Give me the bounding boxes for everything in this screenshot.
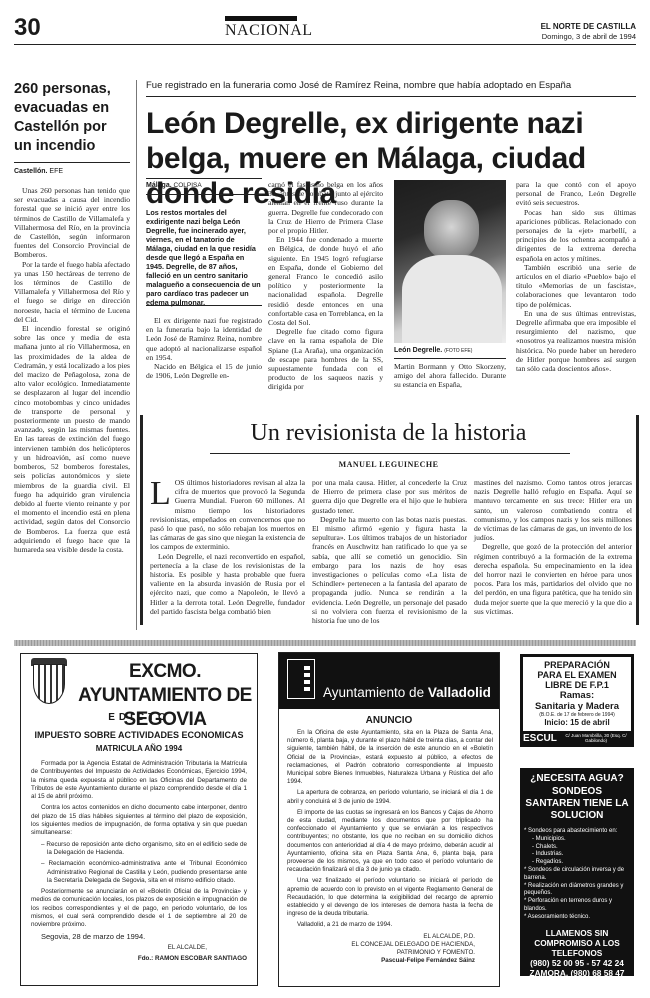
valladolid-paragraph: En la Oficina de este Ayuntamiento, sita… (287, 729, 493, 786)
header-rule (14, 44, 636, 45)
segovia-subject: IMPUESTO SOBRE ACTIVIDADES ECONOMICAS (21, 730, 257, 740)
article-paragraph: El ex dirigente nazi fue registrado en l… (146, 316, 262, 362)
ad-sondeos-santaren: ¿NECESITA AGUA? SONDEOS SANTAREN TIENE L… (520, 768, 634, 976)
valladolid-name-prefix: Ayuntamiento de (323, 685, 428, 700)
drop-cap: L (150, 479, 171, 509)
column-divider (136, 80, 137, 630)
segovia-list-item: – Recurso de reposición ante dicho organ… (31, 841, 247, 858)
photo-shirt (402, 255, 502, 343)
article-column-3: Martin Bormann y Otto Skorzeny, amigo de… (394, 362, 506, 390)
opinion-paragraph: Degrelle ha muerto con las botas nazis p… (312, 515, 467, 625)
article-kicker: Fue registrado en la funeraria como José… (146, 80, 636, 91)
opinion-paragraph: OS últimos historiadores revisan al alza… (150, 478, 305, 552)
section-name: NACIONAL (225, 22, 313, 40)
valladolid-paragraph: El importe de las cuotas se ingresará en… (287, 809, 493, 875)
escul-content: PREPARACIÓN PARA EL EXAMEN LIBRE DE F.P.… (523, 657, 631, 731)
segovia-list-item: – Reclamación económico-administrativa a… (31, 860, 247, 885)
agua-item: - Chalets. (524, 844, 630, 852)
escul-start: Inicio: 15 de abril (523, 718, 631, 727)
brief-paragraph: Unas 260 personas han tenido que ser eva… (14, 186, 130, 260)
agua-call-to-action: LLAMENOS SIN COMPROMISO A LOS TELEFONOS … (524, 928, 630, 988)
valladolid-role: EL CONCEJAL DELEGADO DE HACIENDA, (287, 941, 493, 949)
agua-cta-text: LLAMENOS SIN COMPROMISO A LOS TELEFONOS (524, 928, 630, 958)
ads-separator (14, 640, 636, 646)
segovia-edicto: EDICTO (21, 712, 257, 723)
article-paragraph: Martin Bormann y Otto Skorzeny, amigo de… (394, 362, 506, 390)
escul-footer: ESCUL C/ Juan Mambrilla, 30 (Esq. C/ Gab… (523, 731, 631, 745)
lead-rule (146, 305, 262, 306)
brief-paragraph: El incendio forestal se originó sobre la… (14, 324, 130, 554)
valladolid-signature: Pascual-Felipe Fernández Sáinz (287, 957, 493, 965)
agua-fax: FAX: (980) 57 01 04 (524, 978, 630, 988)
article-dateline: Málaga. COLPISA (146, 182, 202, 189)
escul-line: Sanitaria y Madera (523, 701, 631, 712)
opinion-paragraph: mastines del nazismo. Como tantos otros … (474, 478, 632, 542)
escul-line: LIBRE DE F.P.1 (523, 680, 631, 690)
caption-rule (394, 358, 506, 359)
opinion-title-rule (210, 453, 570, 454)
article-paragraph: Degrelle fue citado como figura clave en… (268, 327, 383, 391)
dateline-rule (146, 194, 262, 195)
section-tab-bar (225, 16, 297, 21)
segovia-paragraph: Formada por la Agencia Estatal de Admini… (31, 760, 247, 801)
escul-brand: ESCUL (523, 733, 557, 744)
valladolid-name: Ayuntamiento de Valladolid (323, 685, 491, 700)
article-paragraph: carnó el fascismo belga en los años 30, … (268, 180, 383, 235)
photo-face (424, 200, 479, 260)
opinion-column-2: por una mala causa. Hitler, al concederl… (312, 478, 467, 625)
kicker-rule (146, 96, 636, 97)
brief-body: Unas 260 personas han tenido que ser eva… (14, 186, 130, 554)
opinion-paragraph: Degrelle, que gozó de la protección del … (474, 542, 632, 616)
issue-date: Domingo, 3 de abril de 1994 (542, 32, 636, 41)
dateline-place: Castellón. (14, 168, 47, 175)
segovia-paragraph: Posteriormente se anunciarán en el «Bole… (31, 888, 247, 929)
article-paragraph: En 1944 fue condenado a muerte en Bélgic… (268, 235, 383, 327)
coat-of-arms-icon (33, 664, 65, 704)
article-column-4: para la que contó con el apoyo personal … (516, 180, 636, 373)
newspaper-name: EL NORTE DE CASTILLA (541, 22, 636, 31)
portrait-photo (394, 180, 506, 343)
escul-address: C/ Juan Mambrilla, 30 (Esq. C/ Gabilondo… (561, 733, 631, 743)
agua-item: - Regadíos. (524, 859, 630, 867)
valladolid-body: En la Oficina de este Ayuntamiento, sita… (287, 729, 493, 968)
valladolid-paragraph: La apertura de cobranza, en período volu… (287, 789, 493, 805)
agua-headline: SONDEOS SANTAREN TIENE LA SOLUCION (524, 786, 630, 822)
agua-item: * Realización en diámetros grandes y peq… (524, 883, 630, 899)
article-paragraph: Nacido en Bélgica el 15 de junio de 1906… (146, 362, 262, 380)
opinion-paragraph: León Degrelle, el nazi reconvertido en e… (150, 552, 305, 616)
opinion-column-1: L OS últimos historiadores revisan al al… (150, 478, 305, 616)
segovia-role: EL ALCALDE, (31, 944, 247, 952)
caption-credit: (FOTO EFE) (444, 348, 472, 354)
article-column-2: carnó el fascismo belga en los años 30, … (268, 180, 383, 392)
article-lead: Los restos mortales del exdirigente nazi… (146, 208, 262, 307)
photo-caption: León Degrelle. (FOTO EFE) (394, 347, 472, 354)
agua-item: * Sondeos para abastecimiento en: (524, 828, 630, 836)
agua-zamora-phone: ZAMORA. (980) 68 58 47 (524, 968, 630, 978)
caption-name: León Degrelle. (394, 347, 442, 354)
segovia-place-date: Segovia, 28 de marzo de 1994. (31, 933, 247, 941)
segovia-matricula: MATRICULA AÑO 1994 (21, 744, 257, 753)
page-number: 30 (14, 16, 41, 40)
agua-services-list: * Sondeos para abastecimiento en: - Muni… (524, 828, 630, 922)
agua-phones: (980) 52 00 95 - 57 42 24 (524, 958, 630, 968)
valladolid-paragraph: Una vez finalizado el período voluntario… (287, 877, 493, 918)
opinion-paragraph: por una mala causa. Hitler, al concederl… (312, 478, 467, 515)
agua-question: ¿NECESITA AGUA? (524, 773, 630, 784)
ad-valladolid-notice: Ayuntamiento de Valladolid ANUNCIO En la… (278, 652, 500, 987)
segovia-signature: Fdo.: RAMON ESCOBAR SANTIAGO (31, 955, 247, 963)
article-column-1: El ex dirigente nazi fue registrado en l… (146, 316, 262, 380)
segovia-body: Formada por la Agencia Estatal de Admini… (31, 760, 247, 967)
article-paragraph: También escribió una serie de artículos … (516, 263, 636, 309)
valladolid-name-city: Valladolid (428, 685, 491, 700)
brief-paragraph: Por la tarde el fuego había afectado ya … (14, 260, 130, 324)
opinion-title: Un revisionista de la historia (146, 420, 631, 447)
article-paragraph: En una de sus últimas entrevistas, Degre… (516, 309, 636, 373)
brief-rule (14, 162, 130, 163)
agua-item: - Industrias. (524, 851, 630, 859)
dateline-rule (146, 178, 262, 179)
valladolid-heading: ANUNCIO (279, 715, 499, 726)
dateline-place: Málaga. (146, 182, 172, 189)
article-paragraph: Pocas han sido sus últimas apariciones p… (516, 208, 636, 263)
opinion-box-border-left (140, 415, 143, 625)
agua-item: * Perforación en terrenos duros y blando… (524, 898, 630, 914)
agua-item: * Sondeos de circulación inversa y de ba… (524, 867, 630, 883)
opinion-box-border-right (636, 415, 639, 625)
opinion-byline: MANUEL LEGUINECHE (146, 460, 631, 469)
agua-item: - Municipios. (524, 836, 630, 844)
ad-segovia-edict: EXCMO. AYUNTAMIENTO DE SEGOVIA EDICTO IM… (20, 653, 258, 986)
brief-dateline: Castellón. EFE (14, 168, 63, 175)
ad-escul: PREPARACIÓN PARA EL EXAMEN LIBRE DE F.P.… (520, 654, 634, 747)
valladolid-logo-icon (287, 659, 315, 699)
brief-headline: 260 personas, evacuadas en Castellón por… (14, 80, 126, 156)
article-paragraph: para la que contó con el apoyo personal … (516, 180, 636, 208)
valladolid-place-date: Valladolid, a 21 de marzo de 1994. (287, 921, 493, 929)
segovia-paragraph: Contra los actos contenidos en dicho doc… (31, 804, 247, 837)
opinion-column-3: mastines del nazismo. Como tantos otros … (474, 478, 632, 616)
escul-line: PREPARACIÓN (523, 660, 631, 670)
dateline-agency: COLPISA (174, 182, 202, 189)
escul-line: Ramas: (523, 690, 631, 701)
escul-line: PARA EL EXAMEN (523, 670, 631, 680)
agua-item: * Asesoramiento técnico. (524, 914, 630, 922)
valladolid-role: EL ALCALDE, P.D. (287, 933, 493, 941)
valladolid-role: PATRIMONIO Y FOMENTO. (287, 949, 493, 957)
dateline-agency: EFE (49, 168, 63, 175)
valladolid-header: Ayuntamiento de Valladolid (279, 653, 499, 709)
